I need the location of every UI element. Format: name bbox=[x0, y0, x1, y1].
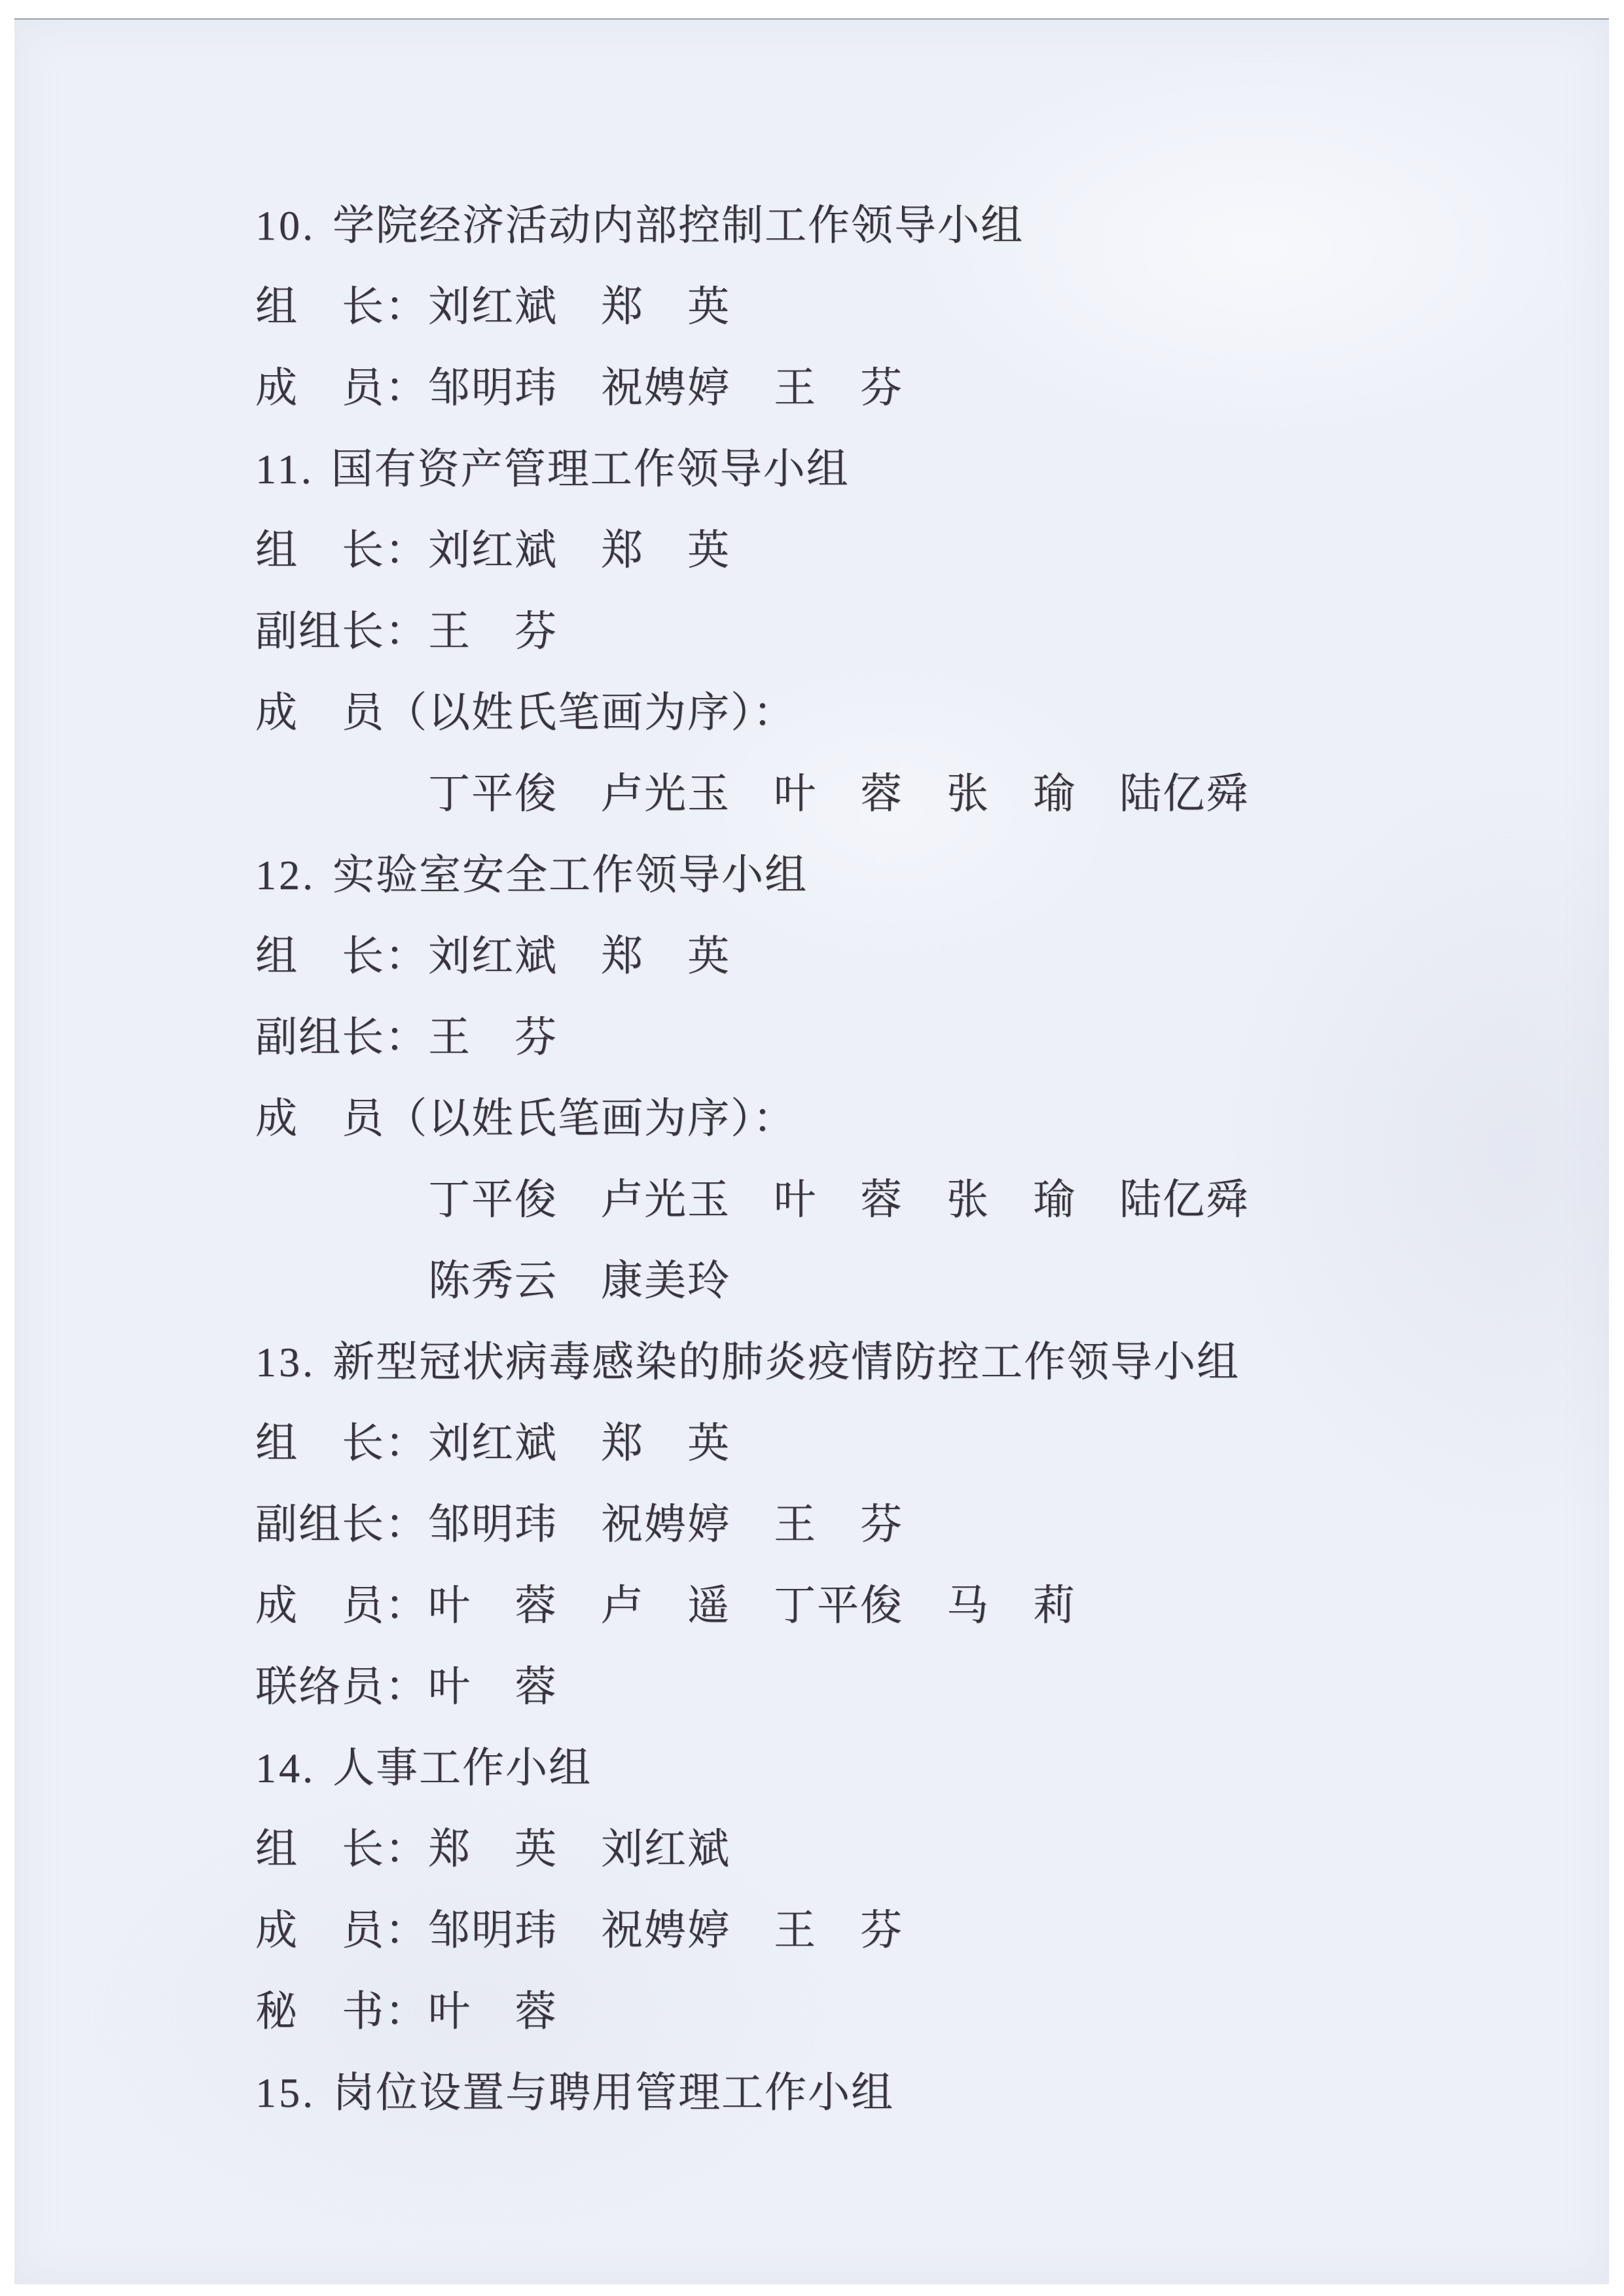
role-names: 丁平俊 卢光玉 叶 蓉 张 瑜 陆亿舜 bbox=[428, 1176, 1249, 1223]
role-line: 成 员：叶 蓉 卢 遥 丁平俊 马 莉 bbox=[255, 1565, 1538, 1647]
group-14: 14.人事工作小组 组 长：郑 英 刘红斌 成 员：邹明玮 祝娉婷 王 芬 秘 … bbox=[255, 1728, 1538, 2052]
role-label: 组 长： bbox=[255, 1420, 428, 1467]
group-title: 人事工作小组 bbox=[333, 1745, 592, 1791]
role-line: 组 长：刘红斌 郑 英 bbox=[255, 510, 1538, 591]
role-names: 叶 蓉 bbox=[428, 1988, 558, 2035]
role-names: 王 芬 bbox=[428, 1014, 558, 1061]
role-label: 联络员： bbox=[255, 1664, 428, 1710]
role-line: 成 员（以姓氏笔画为序）： bbox=[255, 1078, 1538, 1159]
role-line: 副组长：邹明玮 祝娉婷 王 芬 bbox=[255, 1484, 1538, 1565]
group-title: 实验室安全工作领导小组 bbox=[333, 852, 808, 898]
role-label: 组 长： bbox=[255, 527, 428, 574]
document-body: 10.学院经济活动内部控制工作领导小组 组 长：刘红斌 郑 英 成 员：邹明玮 … bbox=[255, 185, 1538, 2134]
role-names: 王 芬 bbox=[428, 608, 558, 655]
group-12: 12.实验室安全工作领导小组 组 长：刘红斌 郑 英 副组长：王 芬 成 员（以… bbox=[255, 835, 1538, 1322]
group-number: 11. bbox=[255, 446, 314, 492]
group-number: 15. bbox=[255, 2069, 316, 2116]
role-names: 刘红斌 郑 英 bbox=[428, 1420, 731, 1467]
group-heading: 11.国有资产管理工作领导小组 bbox=[255, 429, 1538, 510]
member-names-line: 丁平俊 卢光玉 叶 蓉 张 瑜 陆亿舜 bbox=[255, 754, 1538, 835]
group-number: 12. bbox=[255, 852, 316, 898]
role-names: 刘红斌 郑 英 bbox=[428, 933, 731, 979]
group-number: 13. bbox=[255, 1339, 316, 1385]
group-title: 国有资产管理工作领导小组 bbox=[331, 446, 850, 492]
group-number: 14. bbox=[255, 1745, 316, 1791]
role-label: 秘 书： bbox=[255, 1988, 428, 2035]
group-15: 15.岗位设置与聘用管理工作小组 bbox=[255, 2052, 1538, 2134]
role-line: 副组长：王 芬 bbox=[255, 997, 1538, 1078]
role-names: 邹明玮 祝娉婷 王 芬 bbox=[428, 365, 903, 411]
role-label: 副组长： bbox=[255, 1014, 428, 1061]
role-label: 组 长： bbox=[255, 1826, 428, 1872]
role-label: 组 长： bbox=[255, 283, 428, 330]
role-line: 成 员（以姓氏笔画为序）： bbox=[255, 672, 1538, 754]
role-label: 成 员： bbox=[255, 365, 428, 411]
group-heading: 15.岗位设置与聘用管理工作小组 bbox=[255, 2052, 1538, 2134]
member-names-line: 丁平俊 卢光玉 叶 蓉 张 瑜 陆亿舜 bbox=[255, 1159, 1538, 1241]
role-line: 组 长：刘红斌 郑 英 bbox=[255, 916, 1538, 997]
group-title: 学院经济活动内部控制工作领导小组 bbox=[333, 202, 1024, 249]
role-line: 成 员：邹明玮 祝娉婷 王 芬 bbox=[255, 1890, 1538, 1971]
group-heading: 10.学院经济活动内部控制工作领导小组 bbox=[255, 185, 1538, 266]
group-heading: 14.人事工作小组 bbox=[255, 1728, 1538, 1809]
role-names: 刘红斌 郑 英 bbox=[428, 283, 731, 330]
role-label: 成 员（以姓氏笔画为序）： bbox=[255, 1095, 796, 1142]
role-line: 联络员：叶 蓉 bbox=[255, 1647, 1538, 1728]
role-line: 组 长：郑 英 刘红斌 bbox=[255, 1809, 1538, 1890]
group-13: 13.新型冠状病毒感染的肺炎疫情防控工作领导小组 组 长：刘红斌 郑 英 副组长… bbox=[255, 1322, 1538, 1728]
group-number: 10. bbox=[255, 202, 316, 249]
group-title: 岗位设置与聘用管理工作小组 bbox=[333, 2069, 894, 2116]
role-names: 邹明玮 祝娉婷 王 芬 bbox=[428, 1501, 903, 1548]
role-names: 陈秀云 康美玲 bbox=[428, 1258, 731, 1304]
role-line: 副组长：王 芬 bbox=[255, 591, 1538, 672]
role-line: 组 长：刘红斌 郑 英 bbox=[255, 266, 1538, 348]
role-line: 秘 书：叶 蓉 bbox=[255, 1971, 1538, 2052]
group-10: 10.学院经济活动内部控制工作领导小组 组 长：刘红斌 郑 英 成 员：邹明玮 … bbox=[255, 185, 1538, 429]
role-label: 成 员： bbox=[255, 1907, 428, 1954]
member-names-line: 陈秀云 康美玲 bbox=[255, 1241, 1538, 1322]
role-names: 刘红斌 郑 英 bbox=[428, 527, 731, 574]
role-names: 丁平俊 卢光玉 叶 蓉 张 瑜 陆亿舜 bbox=[428, 771, 1249, 817]
role-label: 副组长： bbox=[255, 608, 428, 655]
group-heading: 12.实验室安全工作领导小组 bbox=[255, 835, 1538, 916]
role-label: 成 员（以姓氏笔画为序）： bbox=[255, 689, 796, 736]
role-label: 成 员： bbox=[255, 1582, 428, 1629]
group-11: 11.国有资产管理工作领导小组 组 长：刘红斌 郑 英 副组长：王 芬 成 员（… bbox=[255, 429, 1538, 835]
role-names: 叶 蓉 bbox=[428, 1664, 558, 1710]
group-title: 新型冠状病毒感染的肺炎疫情防控工作领导小组 bbox=[333, 1339, 1240, 1385]
role-names: 郑 英 刘红斌 bbox=[428, 1826, 731, 1872]
role-label: 副组长： bbox=[255, 1501, 428, 1548]
role-names: 叶 蓉 卢 遥 丁平俊 马 莉 bbox=[428, 1582, 1076, 1629]
role-label: 组 长： bbox=[255, 933, 428, 979]
role-line: 组 长：刘红斌 郑 英 bbox=[255, 1403, 1538, 1484]
group-heading: 13.新型冠状病毒感染的肺炎疫情防控工作领导小组 bbox=[255, 1322, 1538, 1403]
role-names: 邹明玮 祝娉婷 王 芬 bbox=[428, 1907, 903, 1954]
role-line: 成 员：邹明玮 祝娉婷 王 芬 bbox=[255, 348, 1538, 429]
